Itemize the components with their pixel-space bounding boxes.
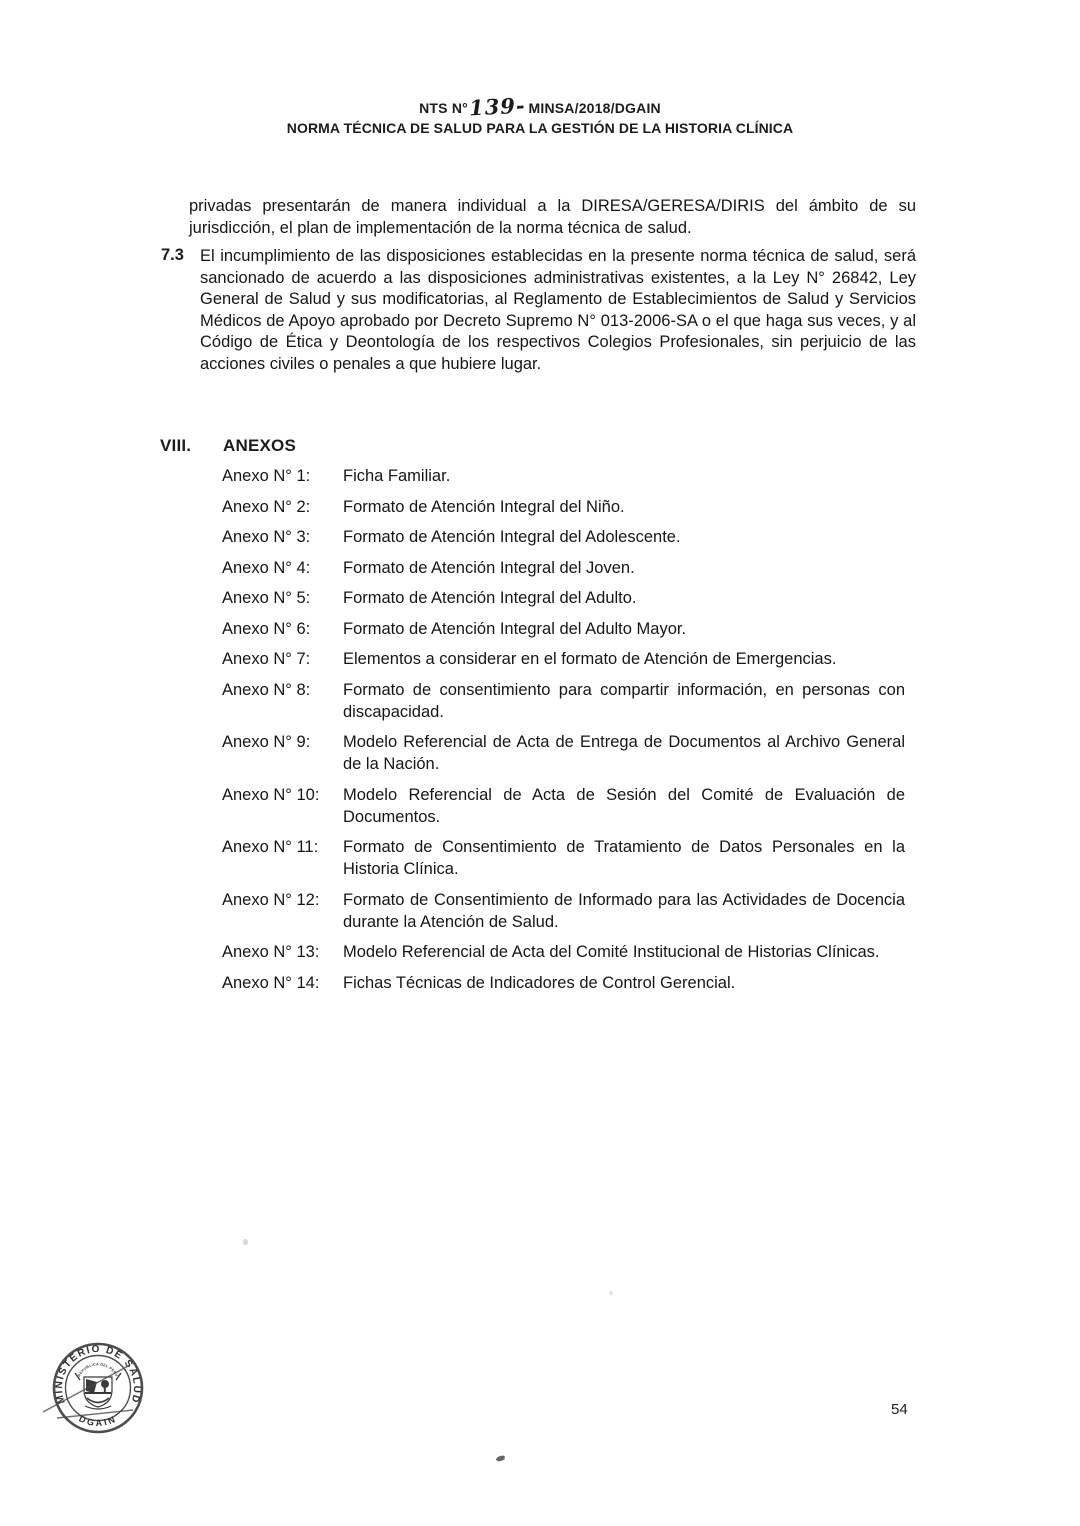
anexos-section-heading: VIII.ANEXOS bbox=[160, 436, 296, 456]
seal-inner-text: REPÚBLICA DEL PERÚ bbox=[77, 1362, 120, 1377]
anexo-description: Formato de Atención Integral del Adulto. bbox=[343, 587, 905, 609]
anexo-label: Anexo N° 11: bbox=[222, 836, 343, 880]
anexo-row: Anexo N° 2: Formato de Atención Integral… bbox=[222, 496, 910, 518]
anexo-label: Anexo N° 5: bbox=[222, 587, 343, 609]
anexos-section-number: VIII. bbox=[160, 436, 223, 456]
anexo-description: Ficha Familiar. bbox=[343, 465, 905, 487]
anexo-description: Formato de Atención Integral del Adulto … bbox=[343, 618, 905, 640]
ministry-seal: MINISTERIO DE SALUD DGAIN REPÚBLICA DEL … bbox=[33, 1320, 168, 1460]
anexo-row: Anexo N° 1: Ficha Familiar. bbox=[222, 465, 910, 487]
anexo-row: Anexo N° 6: Formato de Atención Integral… bbox=[222, 618, 910, 640]
header-line1: NTS N°139-MINSA/2018/DGAIN bbox=[0, 96, 1080, 118]
anexo-description: Formato de Atención Integral del Adolesc… bbox=[343, 526, 905, 548]
anexo-row: Anexo N° 8: Formato de consentimiento pa… bbox=[222, 679, 910, 723]
anexo-row: Anexo N° 5: Formato de Atención Integral… bbox=[222, 587, 910, 609]
anexos-section-title: ANEXOS bbox=[223, 436, 296, 455]
anexo-row: Anexo N° 13: Modelo Referencial de Acta … bbox=[222, 941, 910, 963]
anexo-description: Fichas Técnicas de Indicadores de Contro… bbox=[343, 972, 905, 994]
anexo-description: Modelo Referencial de Acta del Comité In… bbox=[343, 941, 905, 963]
scan-artifact bbox=[243, 1239, 248, 1245]
anexo-description: Formato de Atención Integral del Joven. bbox=[343, 557, 905, 579]
anexos-list: Anexo N° 1: Ficha Familiar. Anexo N° 2: … bbox=[222, 465, 910, 1002]
header-nts-prefix: NTS N° bbox=[419, 100, 468, 116]
document-page: NTS N°139-MINSA/2018/DGAIN NORMA TÉCNICA… bbox=[0, 0, 1080, 1526]
item-7-3-text: El incumplimiento de las disposiciones e… bbox=[200, 246, 916, 375]
header-handwritten-number: 139- bbox=[469, 96, 526, 118]
anexo-row: Anexo N° 3: Formato de Atención Integral… bbox=[222, 526, 910, 548]
anexo-label: Anexo N° 7: bbox=[222, 648, 343, 670]
scan-artifact bbox=[609, 1291, 613, 1295]
header-nts-suffix: MINSA/2018/DGAIN bbox=[529, 100, 661, 116]
anexo-description: Modelo Referencial de Acta de Entrega de… bbox=[343, 731, 905, 775]
anexo-row: Anexo N° 10: Modelo Referencial de Acta … bbox=[222, 784, 910, 828]
anexo-label: Anexo N° 10: bbox=[222, 784, 343, 828]
anexo-label: Anexo N° 2: bbox=[222, 496, 343, 518]
anexo-label: Anexo N° 8: bbox=[222, 679, 343, 723]
header-line2: NORMA TÉCNICA DE SALUD PARA LA GESTIÓN D… bbox=[0, 119, 1080, 138]
anexo-row: Anexo N° 11: Formato de Consentimiento d… bbox=[222, 836, 910, 880]
anexo-description: Formato de Consentimiento de Informado p… bbox=[343, 889, 905, 933]
anexo-description: Modelo Referencial de Acta de Sesión del… bbox=[343, 784, 905, 828]
anexo-row: Anexo N° 14: Fichas Técnicas de Indicado… bbox=[222, 972, 910, 994]
anexo-label: Anexo N° 13: bbox=[222, 941, 343, 963]
item-7-3-number: 7.3 bbox=[161, 246, 184, 265]
anexo-row: Anexo N° 12: Formato de Consentimiento d… bbox=[222, 889, 910, 933]
anexo-label: Anexo N° 3: bbox=[222, 526, 343, 548]
anexo-label: Anexo N° 14: bbox=[222, 972, 343, 994]
anexo-label: Anexo N° 4: bbox=[222, 557, 343, 579]
anexo-description: Formato de consentimiento para compartir… bbox=[343, 679, 905, 723]
anexo-row: Anexo N° 4: Formato de Atención Integral… bbox=[222, 557, 910, 579]
anexo-label: Anexo N° 12: bbox=[222, 889, 343, 933]
anexo-label: Anexo N° 9: bbox=[222, 731, 343, 775]
anexo-description: Formato de Atención Integral del Niño. bbox=[343, 496, 905, 518]
anexo-label: Anexo N° 1: bbox=[222, 465, 343, 487]
page-number: 54 bbox=[891, 1401, 908, 1418]
anexo-description: Elementos a considerar en el formato de … bbox=[343, 648, 905, 670]
page-header: NTS N°139-MINSA/2018/DGAIN NORMA TÉCNICA… bbox=[0, 96, 1080, 138]
scan-artifact bbox=[496, 1455, 506, 1462]
paragraph-continuation: privadas presentarán de manera individua… bbox=[189, 196, 916, 239]
anexo-description: Formato de Consentimiento de Tratamiento… bbox=[343, 836, 905, 880]
anexo-label: Anexo N° 6: bbox=[222, 618, 343, 640]
anexo-row: Anexo N° 7: Elementos a considerar en el… bbox=[222, 648, 910, 670]
anexo-row: Anexo N° 9: Modelo Referencial de Acta d… bbox=[222, 731, 910, 775]
